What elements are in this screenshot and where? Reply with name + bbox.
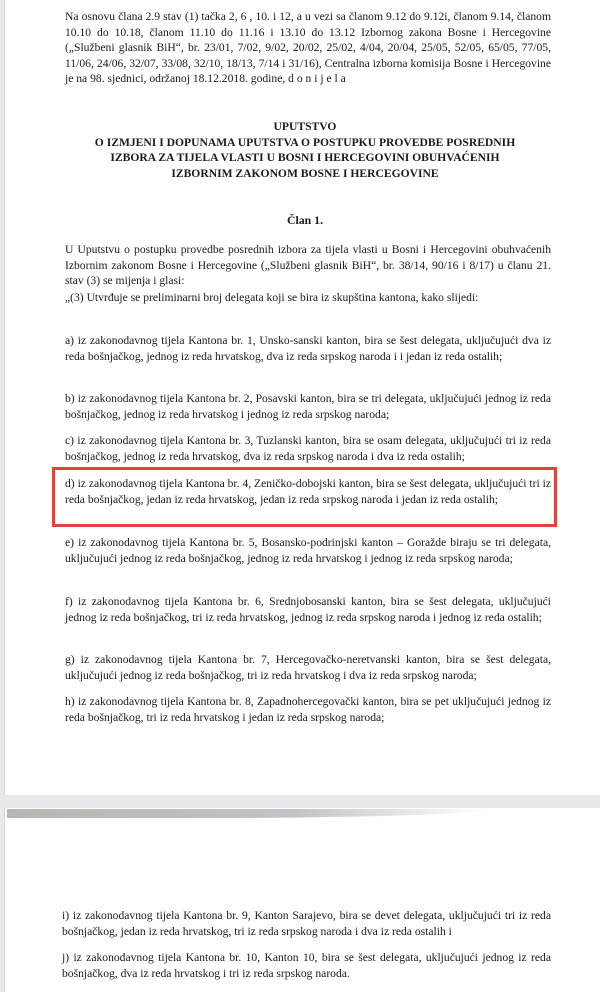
document-page-1: Na osnovu člana 2.9 stav (1) tačka 2, 6 … [4,0,600,795]
title-line: O IZMJENI I DOPUNAMA UPUTSTVA O POSTUPKU… [5,135,600,151]
paragraph-3: „(3) Utvrđuje se preliminarni broj deleg… [65,290,551,306]
item-i: i) iz zakonodavnog tijela Kantona br. 9,… [62,908,551,939]
title-line: UPUTSTVO [5,119,600,135]
item-j: j) iz zakonodavnog tijela Kantona br. 10… [62,950,551,981]
item-e: e) iz zakonodavnog tijela Kantona br. 5,… [65,535,551,566]
document-title: UPUTSTVO O IZMJENI I DOPUNAMA UPUTSTVA O… [5,119,600,181]
item-f: f) iz zakonodavnog tijela Kantona br. 6,… [65,594,551,625]
item-g: g) iz zakonodavnog tijela Kantona br. 7,… [65,652,551,683]
item-c: c) iz zakonodavnog tijela Kantona br. 3,… [65,433,551,464]
document-page-2: i) iz zakonodavnog tijela Kantona br. 9,… [4,808,600,992]
item-a: a) iz zakonodavnog tijela Kantona br. 1,… [65,333,551,364]
article-heading: Član 1. [5,213,600,228]
item-b: b) iz zakonodavnog tijela Kantona br. 2,… [65,391,551,422]
preamble: Na osnovu člana 2.9 stav (1) tačka 2, 6 … [65,9,551,87]
scan-edge-shadow [7,809,487,818]
intro-paragraph: U Uputstvu o postupku provedbe posrednih… [65,242,551,289]
highlight-box-item-d [52,467,557,527]
item-h: h) iz zakonodavnog tijela Kantona br. 8,… [65,694,551,725]
title-line: IZBORA ZA TIJELA VLASTI U BOSNI I HERCEG… [5,150,600,166]
title-line: IZBORNIM ZAKONOM BOSNE I HERCEGOVINE [5,166,600,182]
